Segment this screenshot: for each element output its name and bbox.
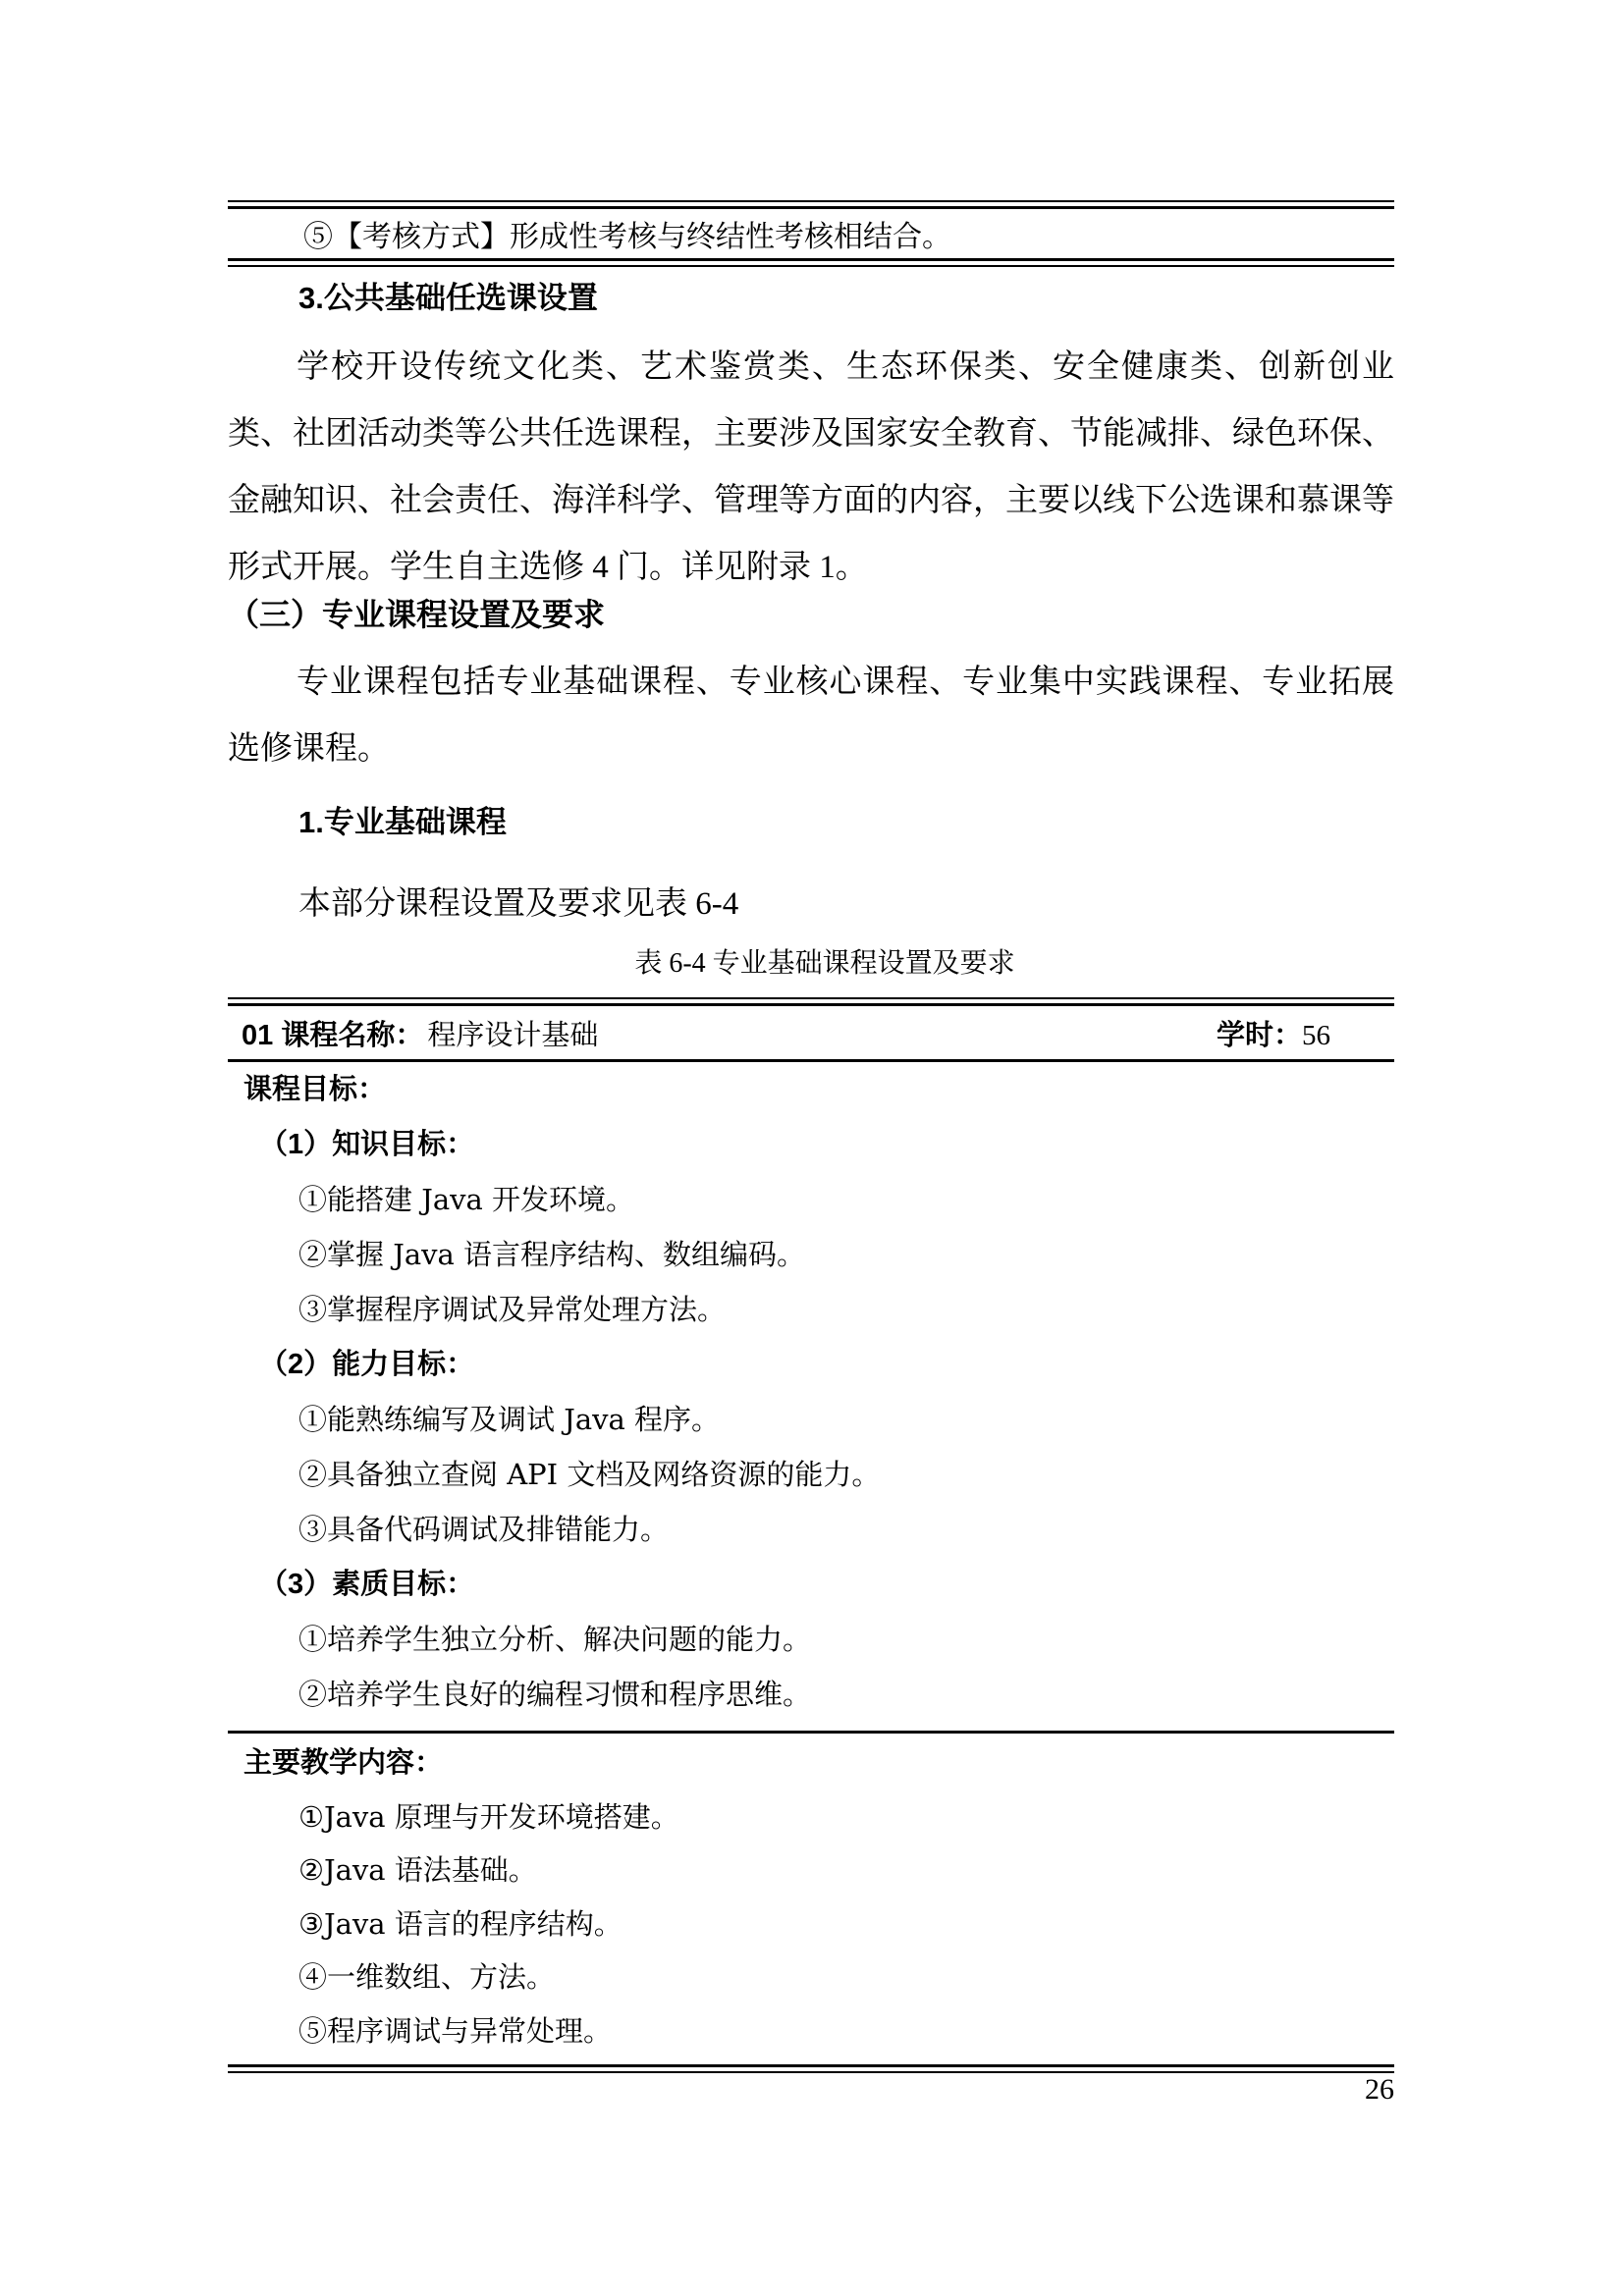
objective-item: ①培养学生独立分析、解决问题的能力。 <box>228 1612 1394 1667</box>
heading-public-elective-courses: 3.公共基础任选课设置 <box>228 278 1394 319</box>
para-see-table: 本部分课程设置及要求见表 6-4 <box>228 883 1394 925</box>
objective-item: ②具备独立查阅 API 文档及网络资源的能力。 <box>228 1447 1394 1502</box>
para-public-elective: 学校开设传统文化类、艺术鉴赏类、生态环保类、安全健康类、创新创业类、社团活动类等… <box>228 334 1394 601</box>
hours-value: 56 <box>1302 1020 1330 1051</box>
objective-item: ③掌握程序调试及异常处理方法。 <box>228 1282 1394 1337</box>
objective-group-title: （1）知识目标： <box>228 1117 1394 1172</box>
course-name-cell: 01 课程名称：程序设计基础 <box>228 1013 1217 1053</box>
page-number: 26 <box>228 2074 1394 2106</box>
teaching-item: ①Java 原理与开发环境搭建。 <box>228 1790 1394 1844</box>
table-caption: 表 6-4 专业基础课程设置及要求 <box>228 944 1394 984</box>
objective-item: ①能熟练编写及调试 Java 程序。 <box>228 1392 1394 1447</box>
teaching-item: ②Java 语法基础。 <box>228 1843 1394 1897</box>
objective-item: ②培养学生良好的编程习惯和程序思维。 <box>228 1667 1394 1722</box>
heading-major-course-requirements: （三）专业课程设置及要求 <box>228 594 1394 635</box>
assessment-row-text: ⑤【考核方式】形成性考核与终结性考核相结合。 <box>303 212 951 255</box>
table-bottom-border <box>228 2064 1394 2073</box>
table-top-border <box>228 997 1394 1006</box>
course-hours-cell: 学时：56 <box>1217 1013 1394 1053</box>
para-major-course-types: 专业课程包括专业基础课程、专业核心课程、专业集中实践课程、专业拓展选修课程。 <box>228 649 1394 782</box>
heading-basic-major-courses: 1.专业基础课程 <box>228 802 1394 843</box>
table-top-border <box>228 200 1394 209</box>
objective-item: ①能搭建 Java 开发环境。 <box>228 1172 1394 1227</box>
teaching-item: ⑤程序调试与异常处理。 <box>228 2004 1394 2058</box>
course-table: 01 课程名称：程序设计基础 学时：56 课程目标： （1）知识目标： ①能搭建… <box>228 997 1394 2073</box>
objective-item: ③具备代码调试及排错能力。 <box>228 1502 1394 1557</box>
table-row: ⑤【考核方式】形成性考核与终结性考核相结合。 <box>228 209 1394 258</box>
objectives-title: 课程目标： <box>228 1062 1394 1117</box>
course-objectives-cell: 课程目标： （1）知识目标： ①能搭建 Java 开发环境。 ②掌握 Java … <box>228 1062 1394 1731</box>
table-bottom-border <box>228 258 1394 267</box>
hours-label: 学时： <box>1217 1020 1302 1051</box>
course-name-value: 程序设计基础 <box>427 1018 598 1051</box>
teaching-content-cell: 主要教学内容： ①Java 原理与开发环境搭建。 ②Java 语法基础。 ③Ja… <box>228 1734 1394 2064</box>
objective-item: ②掌握 Java 语言程序结构、数组编码。 <box>228 1227 1394 1282</box>
assessment-table-fragment: ⑤【考核方式】形成性考核与终结性考核相结合。 <box>228 200 1394 267</box>
course-name-label: 01 课程名称： <box>242 1020 423 1051</box>
objective-group-title: （3）素质目标： <box>228 1557 1394 1612</box>
document-page: ⑤【考核方式】形成性考核与终结性考核相结合。 3.公共基础任选课设置 学校开设传… <box>0 0 1624 2296</box>
teaching-item: ③Java 语言的程序结构。 <box>228 1897 1394 1951</box>
objective-group-title: （2）能力目标： <box>228 1337 1394 1392</box>
teaching-title: 主要教学内容： <box>228 1736 1394 1790</box>
teaching-item: ④一维数组、方法。 <box>228 1950 1394 2004</box>
course-header-row: 01 课程名称：程序设计基础 学时：56 <box>228 1006 1394 1059</box>
